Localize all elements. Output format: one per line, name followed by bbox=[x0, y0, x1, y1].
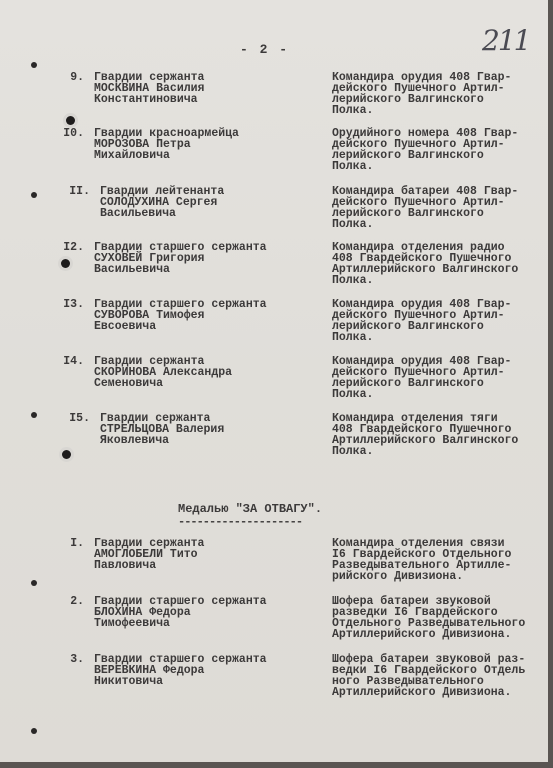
section-underline: -------------------- bbox=[178, 515, 302, 529]
person-name: Гвардии красноармейцаМОРОЗОВА ПетраМихай… bbox=[94, 128, 239, 161]
position-line: Полка. bbox=[332, 219, 542, 230]
position-line: Полка. bbox=[332, 389, 542, 400]
person-name-line: Яковлевича bbox=[100, 435, 224, 446]
entry-number: II. bbox=[60, 186, 90, 197]
person-position: Орудийного номера 408 Гвар-дейского Пуше… bbox=[332, 128, 542, 172]
person-name-line: Васильевича bbox=[94, 264, 267, 275]
person-position: Командира батареи 408 Гвар-дейского Пуше… bbox=[332, 186, 542, 230]
entry-number: I5. bbox=[60, 413, 90, 424]
entry-number: I2. bbox=[54, 242, 84, 253]
archive-page-number: 211 bbox=[482, 24, 529, 57]
page-number: - 2 - bbox=[240, 42, 289, 57]
entry-number: 9. bbox=[54, 72, 84, 83]
person-name: Гвардии старшего сержантаБЛОХИНА ФедораТ… bbox=[94, 596, 267, 629]
binder-hole bbox=[61, 259, 70, 268]
binder-hole bbox=[31, 192, 37, 198]
binder-hole bbox=[31, 580, 37, 586]
entry-number: I3. bbox=[54, 299, 84, 310]
person-name-line: Тимофеевича bbox=[94, 618, 267, 629]
position-line: Полка. bbox=[332, 332, 542, 343]
person-position: Командира орудия 408 Гвар-дейского Пушеч… bbox=[332, 356, 542, 400]
person-position: Шофера батареи звуковой раз-ведки I6 Гва… bbox=[332, 654, 542, 698]
position-line: Полка. bbox=[332, 161, 542, 172]
entry-number: I. bbox=[54, 538, 84, 549]
position-line: Артиллерийского Дивизиона. bbox=[332, 687, 542, 698]
person-name: Гвардии лейтенантаСОЛОДУХИНА СергеяВасил… bbox=[100, 186, 224, 219]
entry-number: I4. bbox=[54, 356, 84, 367]
person-name: Гвардии сержантаМОСКВИНА ВасилияКонстант… bbox=[94, 72, 204, 105]
section-title-medal-for-courage: Медалью "ЗА ОТВАГУ". bbox=[178, 502, 322, 516]
person-name-line: Васильевича bbox=[100, 208, 224, 219]
person-name-line: Евсоевича bbox=[94, 321, 267, 332]
binder-hole bbox=[31, 62, 37, 68]
person-name-line: Михайловича bbox=[94, 150, 239, 161]
position-line: Полка. bbox=[332, 105, 542, 116]
binder-hole bbox=[31, 728, 37, 734]
position-line: Артиллерийского Дивизиона. bbox=[332, 629, 542, 640]
person-name-line: Семеновича bbox=[94, 378, 232, 389]
person-name: Гвардии сержантаСТРЕЛЬЦОВА ВалерияЯковле… bbox=[100, 413, 224, 446]
document-page: 211 - 2 - 9.Гвардии сержантаМОСКВИНА Вас… bbox=[0, 0, 548, 762]
person-name: Гвардии сержантаАМОГЛОБЕЛИ ТитоПавловича bbox=[94, 538, 204, 571]
position-line: Полка. bbox=[332, 275, 542, 286]
person-name: Гвардии старшего сержантаСУХОВЕЙ Григори… bbox=[94, 242, 267, 275]
binder-hole bbox=[31, 412, 37, 418]
person-position: Шофера батареи звуковойразведки I6 Гвард… bbox=[332, 596, 542, 640]
person-name-line: Константиновича bbox=[94, 94, 204, 105]
person-position: Командира отделения тяги408 Гвардейского… bbox=[332, 413, 542, 457]
entry-number: 3. bbox=[54, 654, 84, 665]
person-name-line: Никитовича bbox=[94, 676, 267, 687]
binder-hole bbox=[62, 450, 71, 459]
person-name-line: Павловича bbox=[94, 560, 204, 571]
person-name: Гвардии старшего сержантаСУВОРОВА Тимофе… bbox=[94, 299, 267, 332]
entry-number: 2. bbox=[54, 596, 84, 607]
person-position: Командира орудия 408 Гвар-дейского Пушеч… bbox=[332, 72, 542, 116]
person-name: Гвардии старшего сержантаВЕРЕВКИНА Федор… bbox=[94, 654, 267, 687]
position-line: Полка. bbox=[332, 446, 542, 457]
person-position: Командира отделения радио408 Гвардейског… bbox=[332, 242, 542, 286]
binder-hole bbox=[66, 116, 75, 125]
person-position: Командира отделения связиI6 Гвардейского… bbox=[332, 538, 542, 582]
person-name: Гвардии сержантаСКОРИНОВА АлександраСеме… bbox=[94, 356, 232, 389]
position-line: рийского Дивизиона. bbox=[332, 571, 542, 582]
entry-number: I0. bbox=[54, 128, 84, 139]
person-position: Командира орудия 408 Гвар-дейского Пушеч… bbox=[332, 299, 542, 343]
